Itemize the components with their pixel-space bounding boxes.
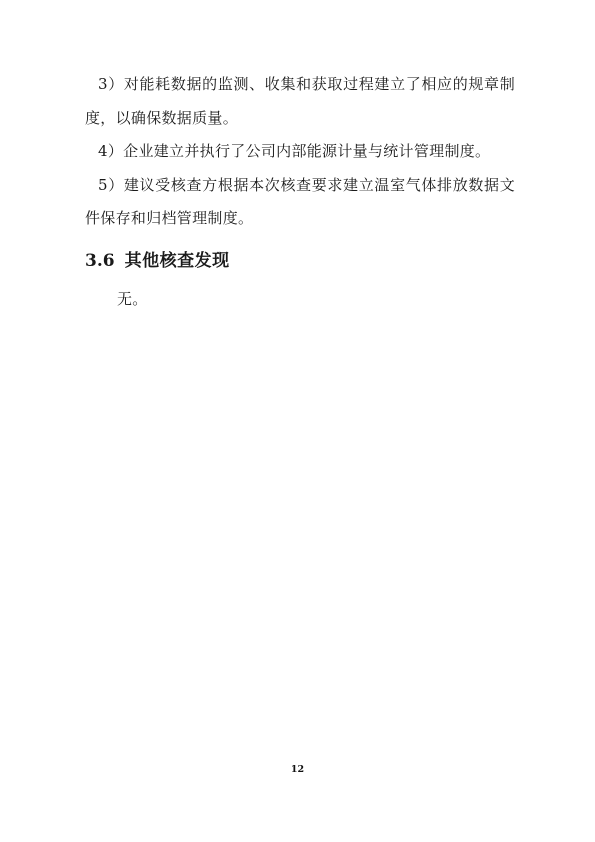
document-page: 3）对能耗数据的监测、收集和获取过程建立了相应的规章制度，以确保数据质量。 4）… [0, 0, 595, 842]
section-title: 其他核查发现 [125, 251, 230, 271]
section-heading: 3.6其他核查发现 [85, 248, 515, 274]
page-number: 12 [0, 764, 595, 775]
section-number: 3.6 [85, 251, 115, 271]
finding-item-3: 3）对能耗数据的监测、收集和获取过程建立了相应的规章制度，以确保数据质量。 [85, 68, 515, 135]
section-body-text: 无。 [85, 283, 515, 317]
page-content: 3）对能耗数据的监测、收集和获取过程建立了相应的规章制度，以确保数据质量。 4）… [85, 68, 515, 316]
finding-item-5: 5）建议受核查方根据本次核查要求建立温室气体排放数据文件保存和归档管理制度。 [85, 169, 515, 236]
finding-item-4: 4）企业建立并执行了公司内部能源计量与统计管理制度。 [85, 135, 515, 169]
